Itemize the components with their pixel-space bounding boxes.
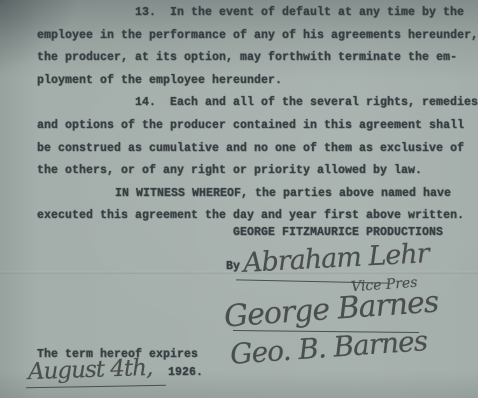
paragraph-13-line: 13. In the event of default at any time …: [37, 2, 478, 25]
contract-page: 13. In the event of default at any time …: [0, 0, 478, 398]
paragraph-14-line: 14. Each and all of the several rights, …: [37, 92, 478, 115]
paragraph-13-line: ployment of the employee hereunder.: [37, 70, 478, 93]
term-year: 1926.: [168, 366, 203, 379]
by-label: By: [226, 260, 240, 273]
term-date-handwritten: August 4th,: [28, 355, 153, 385]
paragraph-14-line: be construed as cumulative and no one of…: [37, 138, 478, 161]
witness-clause-line: IN WITNESS WHEREOF, the parties above na…: [37, 183, 478, 206]
term-date-underline: [26, 385, 166, 388]
paragraph-14-line: the others, or of any right or priority …: [37, 160, 478, 183]
paragraph-13-line: employee in the performance of any of hi…: [37, 25, 478, 48]
paragraph-13-line: the producer, at its option, may forthwi…: [37, 47, 478, 70]
contract-body-text: 13. In the event of default at any time …: [37, 2, 478, 228]
witness-clause-line: executed this agreement the day and year…: [37, 205, 478, 228]
officer-signature: Abraham Lehr: [242, 238, 429, 279]
company-name: GEORGE FITZMAURICE PRODUCTIONS: [233, 226, 443, 239]
paragraph-14-line: and options of the producer contained in…: [37, 115, 478, 138]
